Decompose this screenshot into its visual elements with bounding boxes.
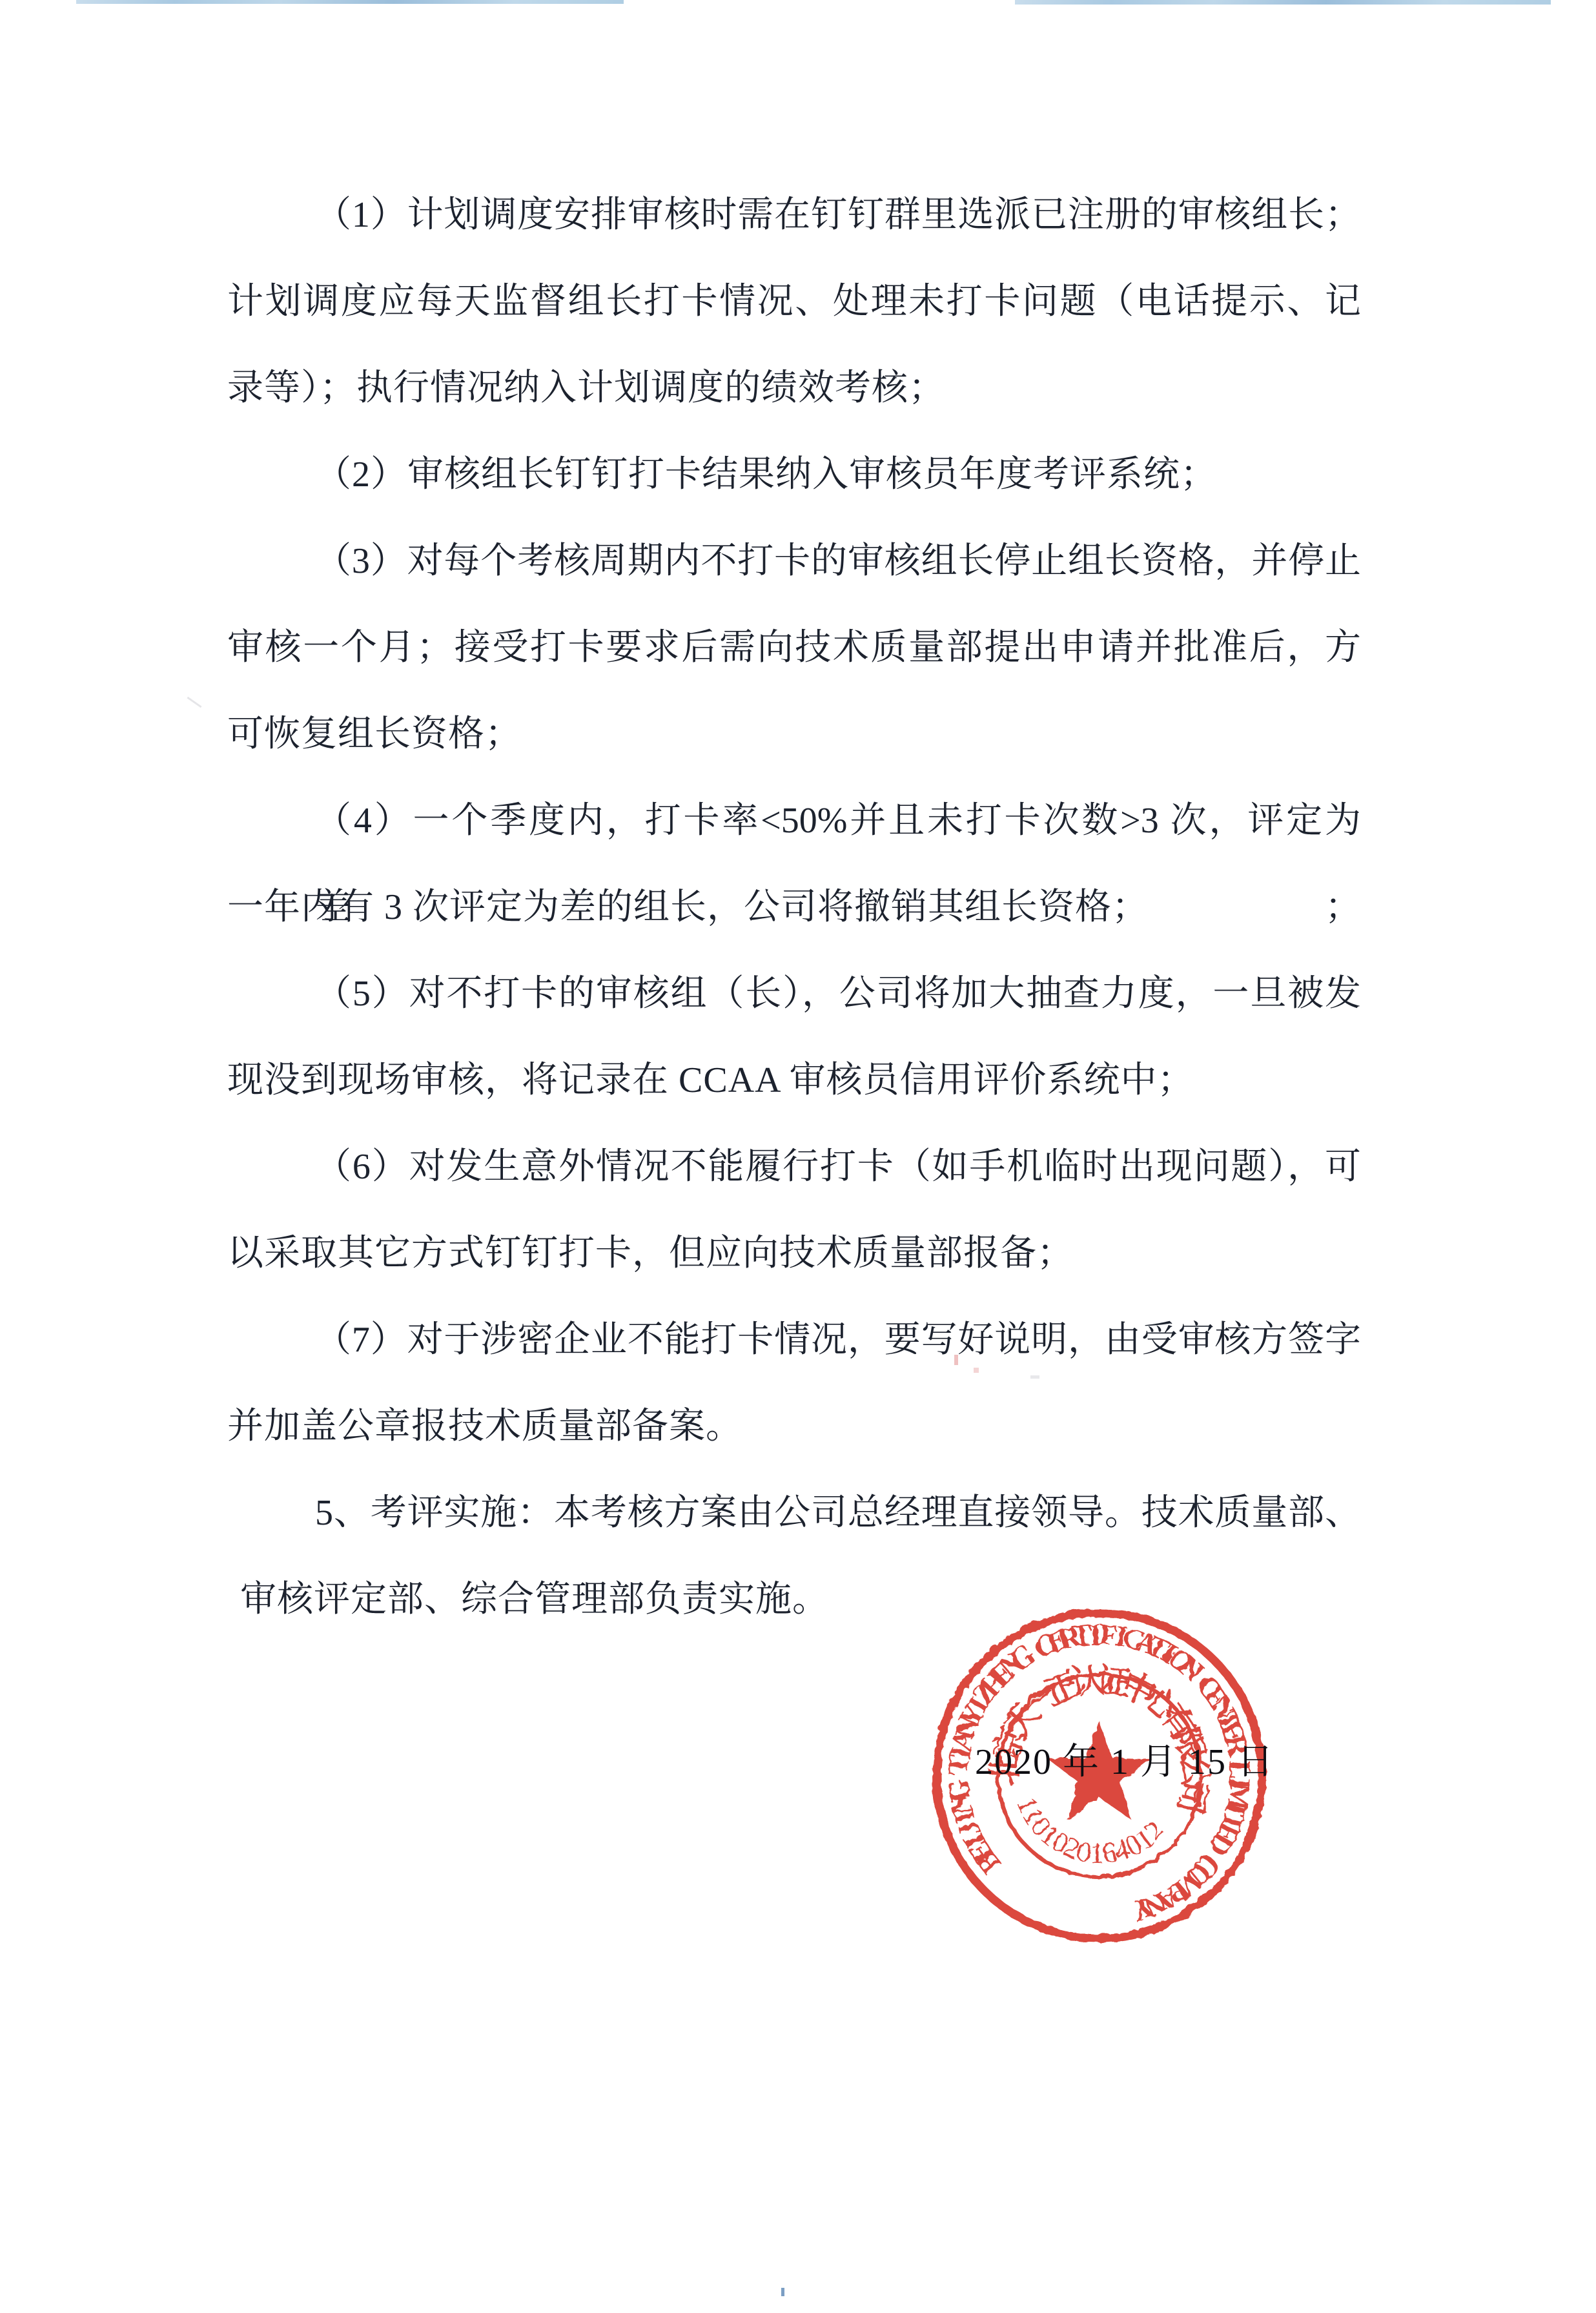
document-line: （2）审核组长钉钉打卡结果纳入审核员年度考评系统； [227,431,1361,518]
document-line: 可恢复组长资格； [227,691,1361,777]
document-line: 以采取其它方式钉钉打卡，但应向技术质量部报备； [227,1210,1361,1297]
scan-speck [781,2288,784,2296]
document-line: （3）对每个考核周期内不打卡的审核组长停止组长资格，并停止 [227,518,1361,604]
document-body-text: （1）计划调度安排审核时需在钉钉群里选派已注册的审核组长；计划调度应每天监督组长… [227,172,1361,1643]
scan-edge-artifact-left [76,0,624,4]
document-line: 5、考评实施：本考核方案由公司总经理直接领导。技术质量部、 [227,1470,1361,1556]
document-line: 现没到现场审核，将记录在 CCAA 审核员信用评价系统中； [227,1037,1361,1124]
document-line: （4）一个季度内，打卡率<50%并且未打卡次数>3 次，评定为差； [227,777,1361,864]
document-line: （1）计划调度安排审核时需在钉钉群里选派已注册的审核组长； [227,172,1361,258]
document-line: （6）对发生意外情况不能履行打卡（如手机临时出现问题），可 [227,1124,1361,1210]
document-line: 计划调度应每天监督组长打卡情况、处理未打卡问题（电话提示、记 [227,258,1361,345]
issue-date: 2020 年 1 月 15 日 [975,1741,1274,1784]
scan-speck [187,697,201,708]
document-line: 审核一个月；接受打卡要求后需向技术质量部提出申请并批准后，方 [227,604,1361,691]
document-line: 并加盖公章报技术质量部备案。 [227,1383,1361,1470]
document-line: （7）对于涉密企业不能打卡情况，要写好说明，由受审核方签字 [227,1297,1361,1383]
scan-edge-artifact-right [1015,0,1551,5]
document-line: （5）对不打卡的审核组（长），公司将加大抽查力度，一旦被发 [227,951,1361,1037]
scanned-document-page: （1）计划调度安排审核时需在钉钉群里选派已注册的审核组长；计划调度应每天监督组长… [0,0,1596,2313]
document-line: 录等）；执行情况纳入计划调度的绩效考核； [227,345,1361,431]
seal-ring-char: G [941,1777,976,1804]
